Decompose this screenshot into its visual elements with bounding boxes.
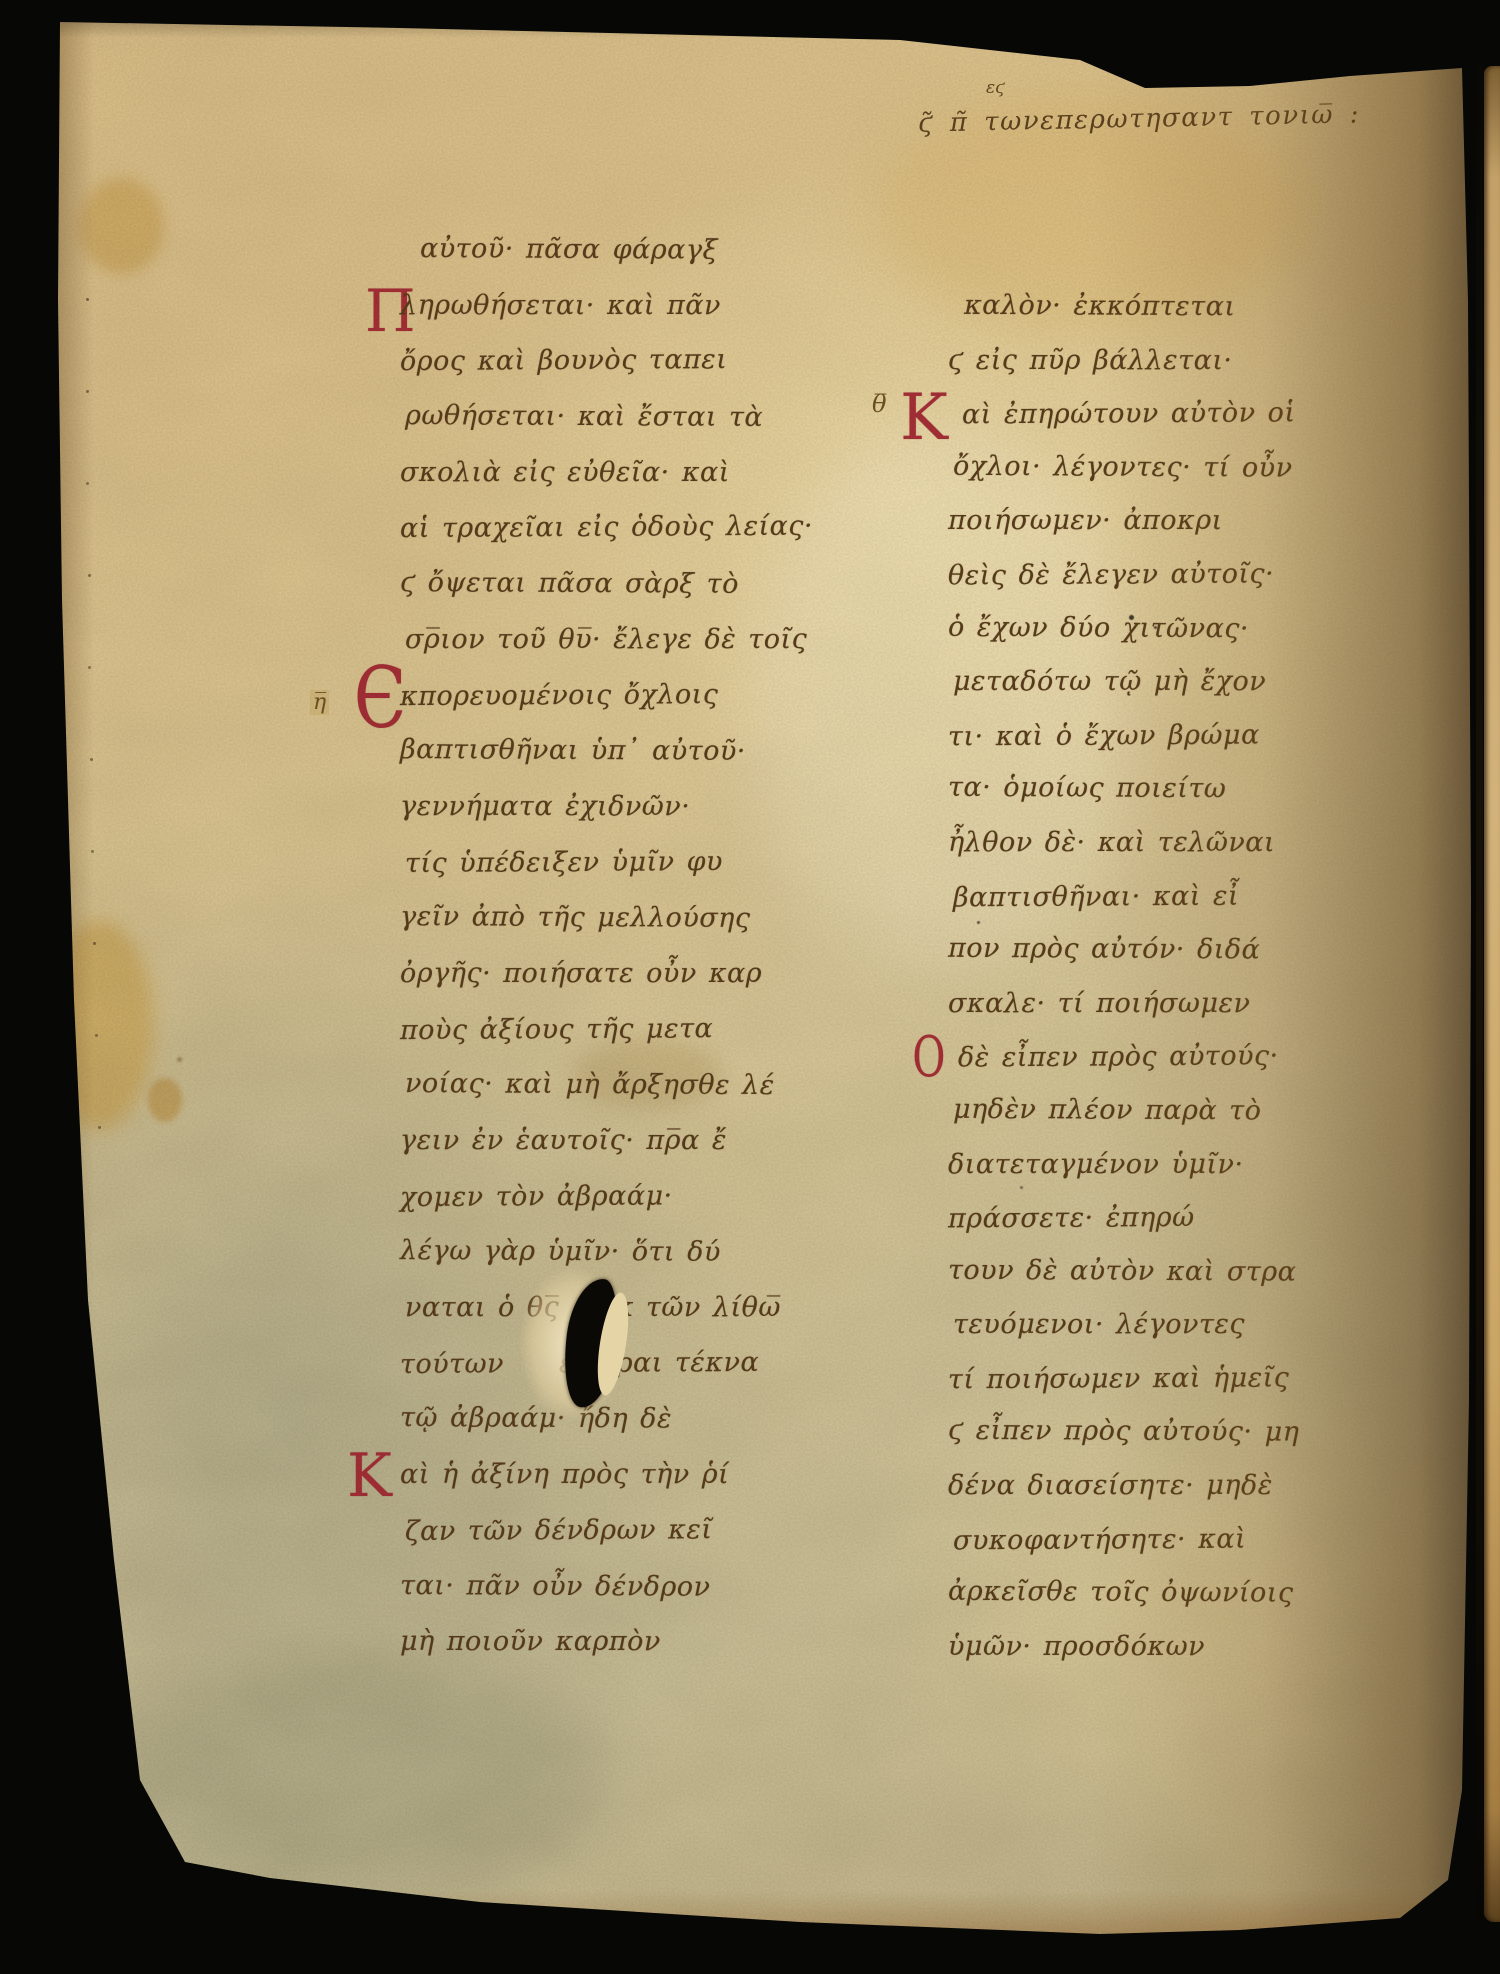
- quire-mark: εϛ: [986, 78, 1005, 98]
- text-line: ὄχλοι· λέγοντες· τί οὖν: [953, 440, 1408, 496]
- text-layer: εϛ ϛ̃ π̃ τωνεπερωτησαντ τονιω̅ : η̅ θ̅ Π…: [52, 0, 1475, 1952]
- text-line: αἱ τραχεῖαι εἰς ὁδοὺς λείας·: [400, 499, 752, 557]
- text-line: βαπτισθῆναι· καὶ εἶ: [953, 868, 1408, 924]
- text-line: πον πρὸς αὐτόν· διδά: [948, 922, 1408, 978]
- text-line: πράσσετε· ἐπηρώ: [948, 1190, 1408, 1246]
- text-line: γεννήματα ἐχιδνῶν·: [400, 779, 752, 835]
- text-line: ὁ ἔχων δύο χιτῶνας·: [948, 600, 1408, 656]
- text-line: τα· ὁμοίως ποιείτω: [948, 761, 1408, 817]
- text-line: μεταδότω τῷ μὴ ἔχον: [953, 655, 1408, 709]
- text-line: βαπτισθῆναι ὑπ᾽ αὐτοῦ·: [400, 722, 752, 780]
- text-line: νοίας· καὶ μὴ ἄρξησθε λέ: [405, 1056, 752, 1114]
- text-line: ϛ εἰς πῦρ βάλλεται·: [948, 334, 1408, 388]
- text-line: ποὺς ἀξίους τῆς μετα: [400, 1001, 752, 1059]
- text-line: σκολιὰ εἰς εὐθεῖα· καὶ: [400, 445, 752, 501]
- text-line: ἦλθον δὲ· καὶ τελῶναι: [948, 816, 1408, 870]
- rubric-initial-kappa: Κ: [900, 386, 948, 450]
- manuscript-photo: εϛ ϛ̃ π̃ τωνεπερωτησαντ τονιω̅ : η̅ θ̅ Π…: [0, 0, 1500, 1974]
- text-line: αὶ ἡ ἀξίνη πρὸς τὴν ῥί: [400, 1447, 752, 1503]
- text-line: ὀργῆς· ποιήσατε οὖν καρ: [400, 946, 752, 1002]
- text-line: συκοφαντήσητε· καὶ: [953, 1511, 1408, 1567]
- text-line: καλὸν· ἐκκόπτεται: [964, 279, 1408, 335]
- rubric-initial-kappa: Κ: [347, 1446, 392, 1506]
- text-line: μὴ ποιοῦν καρπὸν: [400, 1614, 752, 1670]
- section-number-eta: η̅: [310, 690, 329, 715]
- gutter-crack: [1476, 64, 1483, 1924]
- column-left: αὐτοῦ· πᾶσα φάραγξ ληρωθήσεται· καὶ πᾶν …: [400, 222, 752, 1670]
- rubric-initial-omicron: Ο: [912, 1030, 945, 1086]
- text-line: τί ποιήσωμεν καὶ ἡμεῖς: [948, 1350, 1408, 1406]
- text-line: αὶ ἐπηρώτουν αὐτὸν οἱ: [962, 386, 1408, 442]
- text-line: ρωθήσεται· καὶ ἔσται τὰ: [405, 388, 752, 446]
- text-line: ὑμῶν· προσδόκων: [948, 1620, 1408, 1674]
- text-line: δὲ εἶπεν πρὸς αὐτούς·: [958, 1029, 1408, 1085]
- text-line: ὄρος καὶ βουνὸς ταπει: [400, 332, 752, 390]
- text-line: ποιήσωμεν· ἀποκρι: [948, 494, 1408, 548]
- text-line: σκαλε· τί ποιήσωμεν: [948, 977, 1408, 1031]
- text-line: ϛ εἶπεν πρὸς αὐτούς· μη: [948, 1404, 1408, 1460]
- ink-specks: [52, 0, 55, 3]
- parchment-page: εϛ ϛ̃ π̃ τωνεπερωτησαντ τονιω̅ : η̅ θ̅ Π…: [52, 0, 1475, 1952]
- text-line: γειν ἐν ἑαυτοῖς· πρ̅α ἔ: [400, 1113, 752, 1169]
- text-line: τουν δὲ αὐτὸν καὶ στρα: [948, 1243, 1408, 1299]
- text-line: ϛ ὄψεται πᾶσα σὰρξ τὸ: [400, 555, 752, 613]
- rubric-header: ϛ̃ π̃ τωνεπερωτησαντ τονιω̅ :: [918, 99, 1361, 138]
- section-number-theta: θ̅: [872, 390, 886, 418]
- column-right: καλὸν· ἐκκόπτεται ϛ εἰς πῦρ βάλλεται· αὶ…: [948, 280, 1408, 1673]
- text-line: τευόμενοι· λέγοντες: [953, 1298, 1408, 1352]
- text-line: ἀρκεῖσθε τοῖς ὀψωνίοις: [948, 1565, 1408, 1621]
- rubric-initial-epsilon: Є: [354, 656, 407, 740]
- text-line: ται· πᾶν οὖν δένδρον: [400, 1558, 752, 1616]
- text-line: αὐτοῦ· πᾶσα φάραγξ: [420, 221, 752, 278]
- next-leaf-edge: [1484, 66, 1500, 1922]
- text-line: τι· καὶ ὁ ἔχων βρώμα: [948, 707, 1408, 763]
- text-line: κπορευομένοις ὄχλοις: [400, 666, 752, 724]
- text-line: ζαν τῶν δένδρων κεῖ: [405, 1502, 752, 1560]
- text-line: γεῖν ἀπὸ τῆς μελλούσης: [400, 889, 752, 947]
- text-line: τίς ὑπέδειξεν ὑμῖν φυ: [405, 834, 752, 892]
- text-line: χομεν τὸν ἀβραάμ·: [400, 1168, 752, 1226]
- text-line: ληρωθήσεται· καὶ πᾶν: [400, 278, 752, 334]
- text-line: θεὶς δὲ ἔλεγεν αὐτοῖς·: [948, 547, 1408, 603]
- text-line: σρ̅ιον τοῦ θυ̅· ἔλεγε δὲ τοῖς: [405, 612, 752, 668]
- text-line: μηδὲν πλέον παρὰ τὸ: [953, 1083, 1408, 1139]
- text-line: δένα διασείσητε· μηδὲ: [948, 1459, 1408, 1513]
- text-line: διατεταγμένον ὑμῖν·: [948, 1138, 1408, 1192]
